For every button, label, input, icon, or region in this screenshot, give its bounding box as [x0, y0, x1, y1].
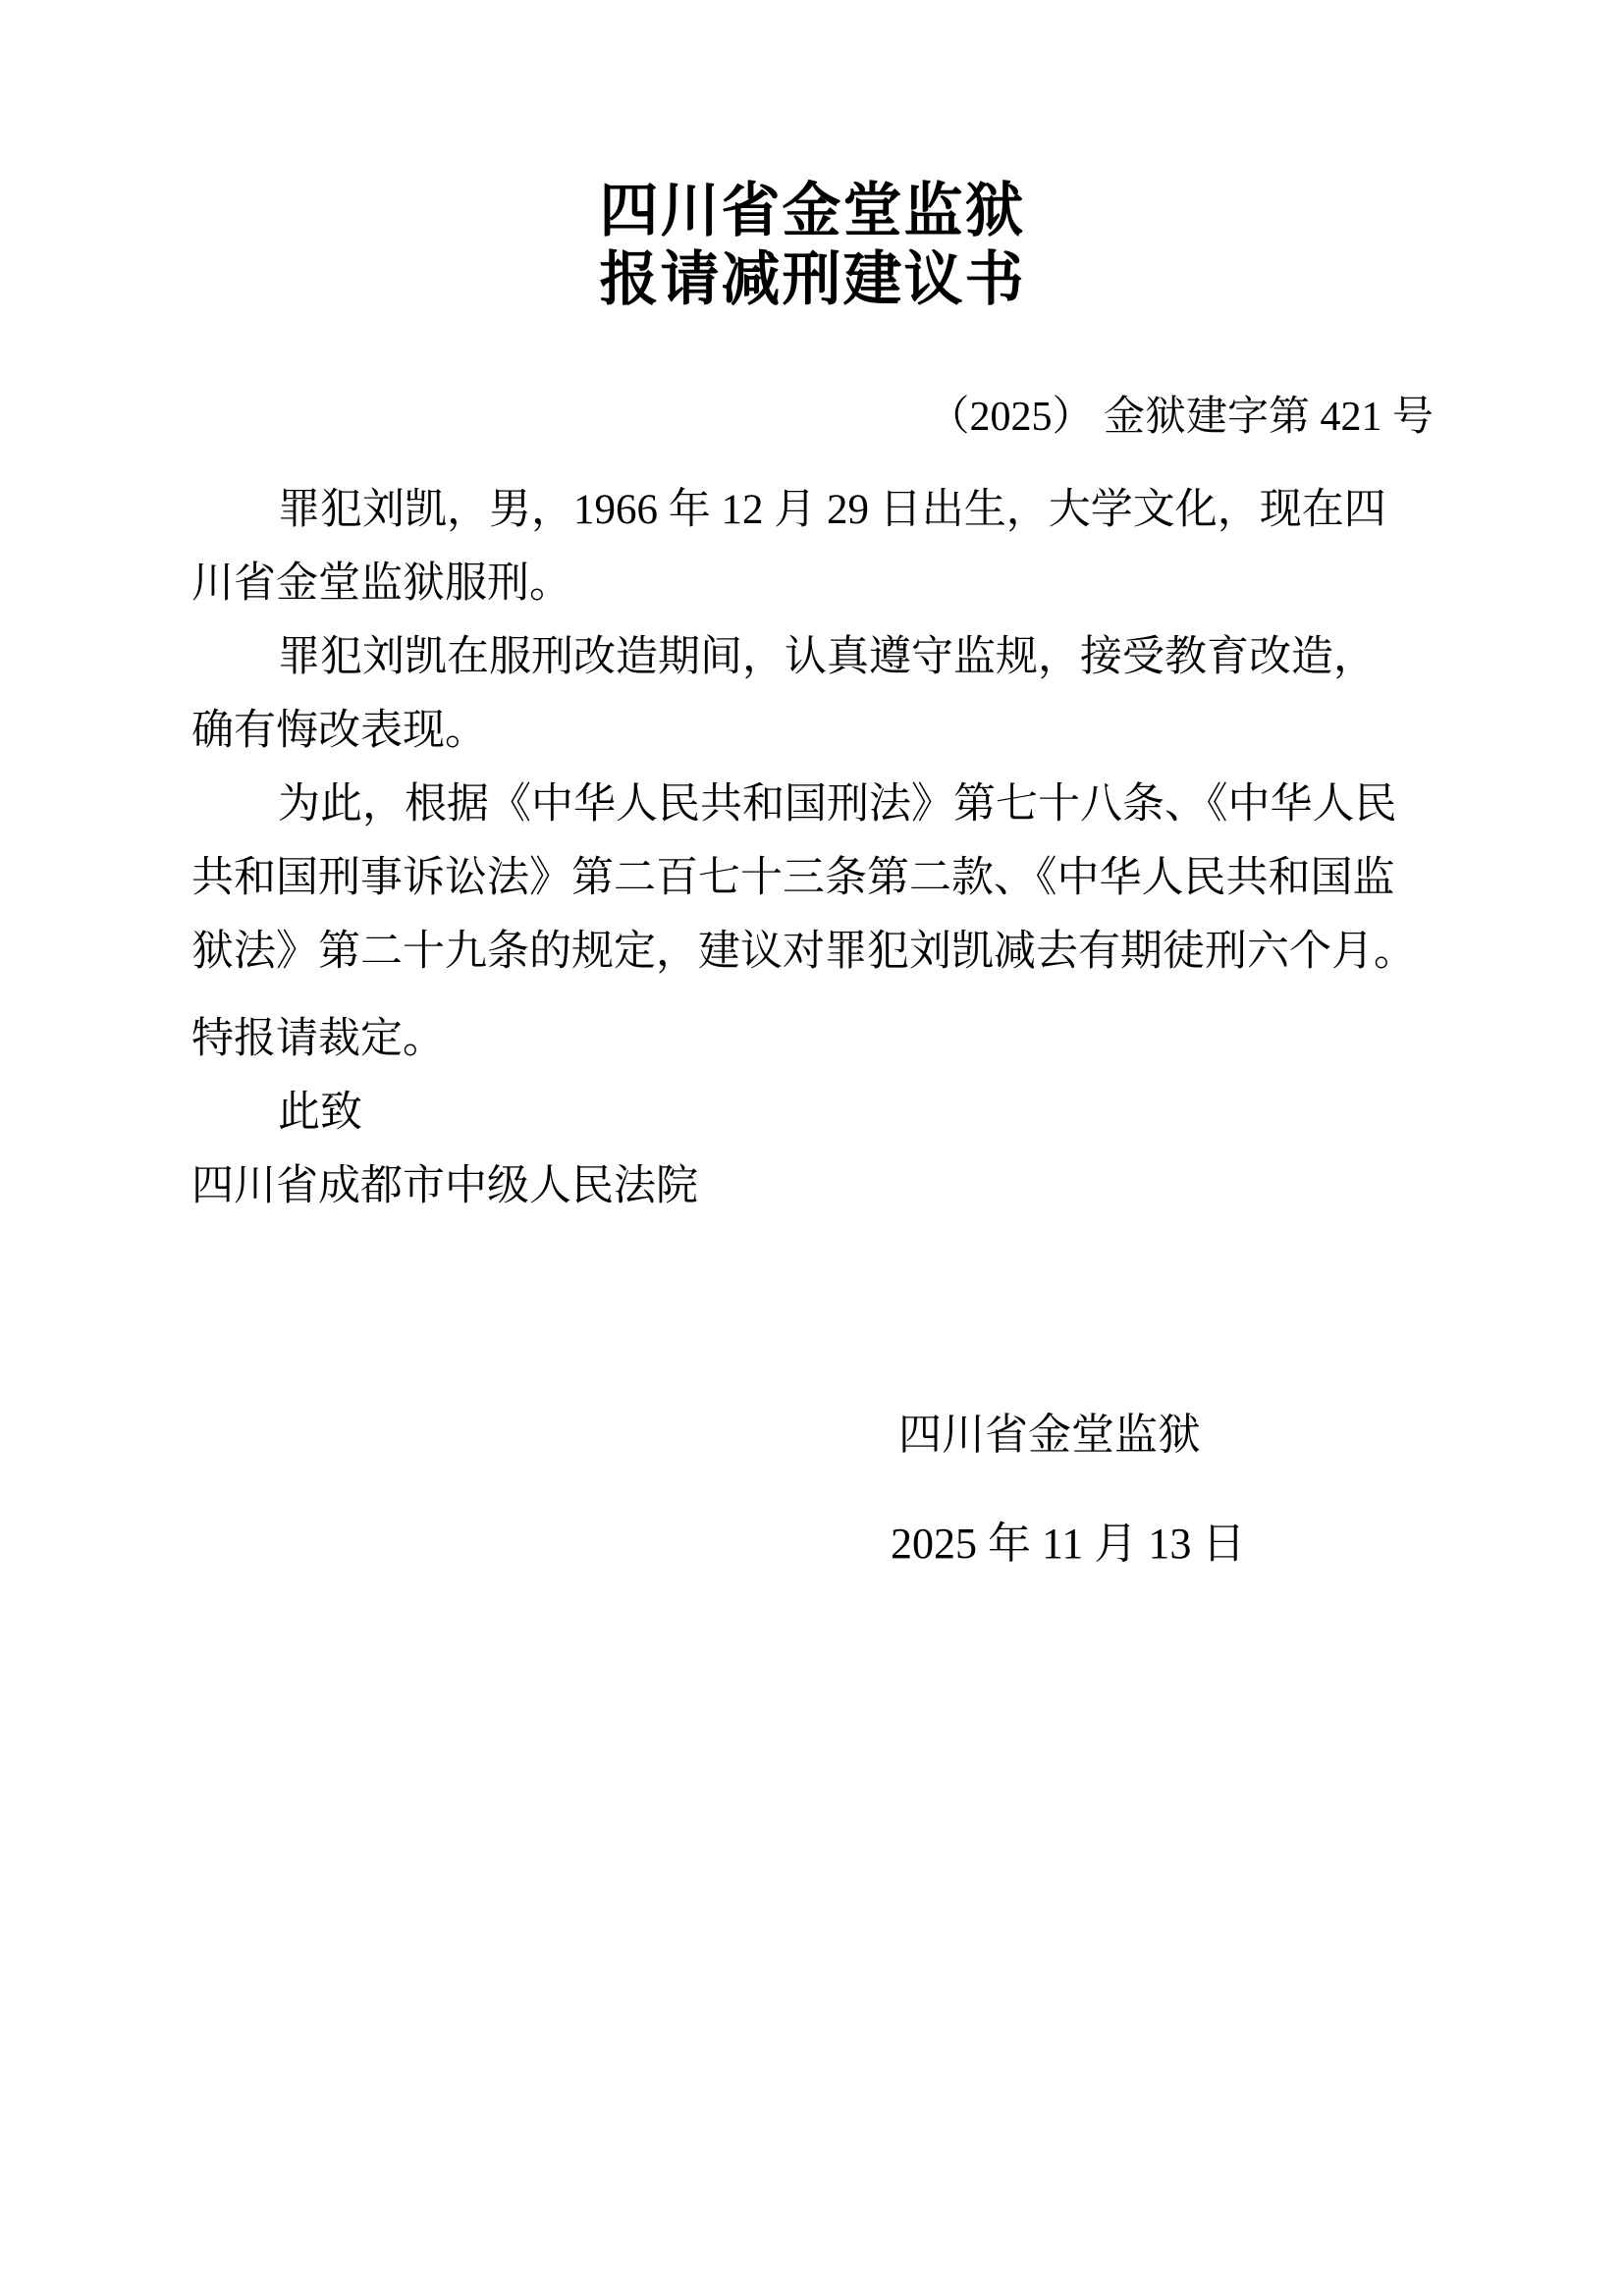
document-number: （2025） 金狱建字第 421 号 — [191, 389, 1434, 446]
signature-org: 四川省金堂监狱 — [191, 1398, 1434, 1471]
body-line-6: 共和国刑事诉讼法》第二百七十三条第二款、《中华人民共和国监 — [191, 841, 1434, 915]
body-line-3: 罪犯刘凯在服刑改造期间，认真遵守监规，接受教育改造， — [191, 620, 1434, 694]
recipient-line: 四川省成都市中级人民法院 — [191, 1149, 1434, 1223]
salute-line: 此致 — [191, 1076, 1434, 1149]
signature-block: 四川省金堂监狱 2025 年 11 月 13 日 — [191, 1398, 1434, 1580]
body-line-7: 狱法》第二十九条的规定，建议对罪犯刘凯减去有期徒刑六个月。 — [191, 915, 1434, 988]
body-line-5: 为此，根据《中华人民共和国刑法》第七十八条、《中华人民 — [191, 768, 1434, 841]
document-body: 罪犯刘凯，男，1966 年 12 月 29 日出生，大学文化，现在四 川省金堂监… — [191, 473, 1434, 1223]
body-line-8: 特报请裁定。 — [191, 1002, 1434, 1076]
title-line-2: 报请减刑建议书 — [191, 245, 1434, 314]
body-line-1: 罪犯刘凯，男，1966 年 12 月 29 日出生，大学文化，现在四 — [191, 473, 1434, 547]
body-line-4: 确有悔改表现。 — [191, 694, 1434, 768]
document-page: 四川省金堂监狱 报请减刑建议书 （2025） 金狱建字第 421 号 罪犯刘凯，… — [0, 0, 1624, 2296]
title-line-1: 四川省金堂监狱 — [191, 177, 1434, 245]
document-title: 四川省金堂监狱 报请减刑建议书 — [191, 177, 1434, 314]
body-line-2: 川省金堂监狱服刑。 — [191, 547, 1434, 620]
signature-date: 2025 年 11 月 13 日 — [191, 1507, 1434, 1580]
